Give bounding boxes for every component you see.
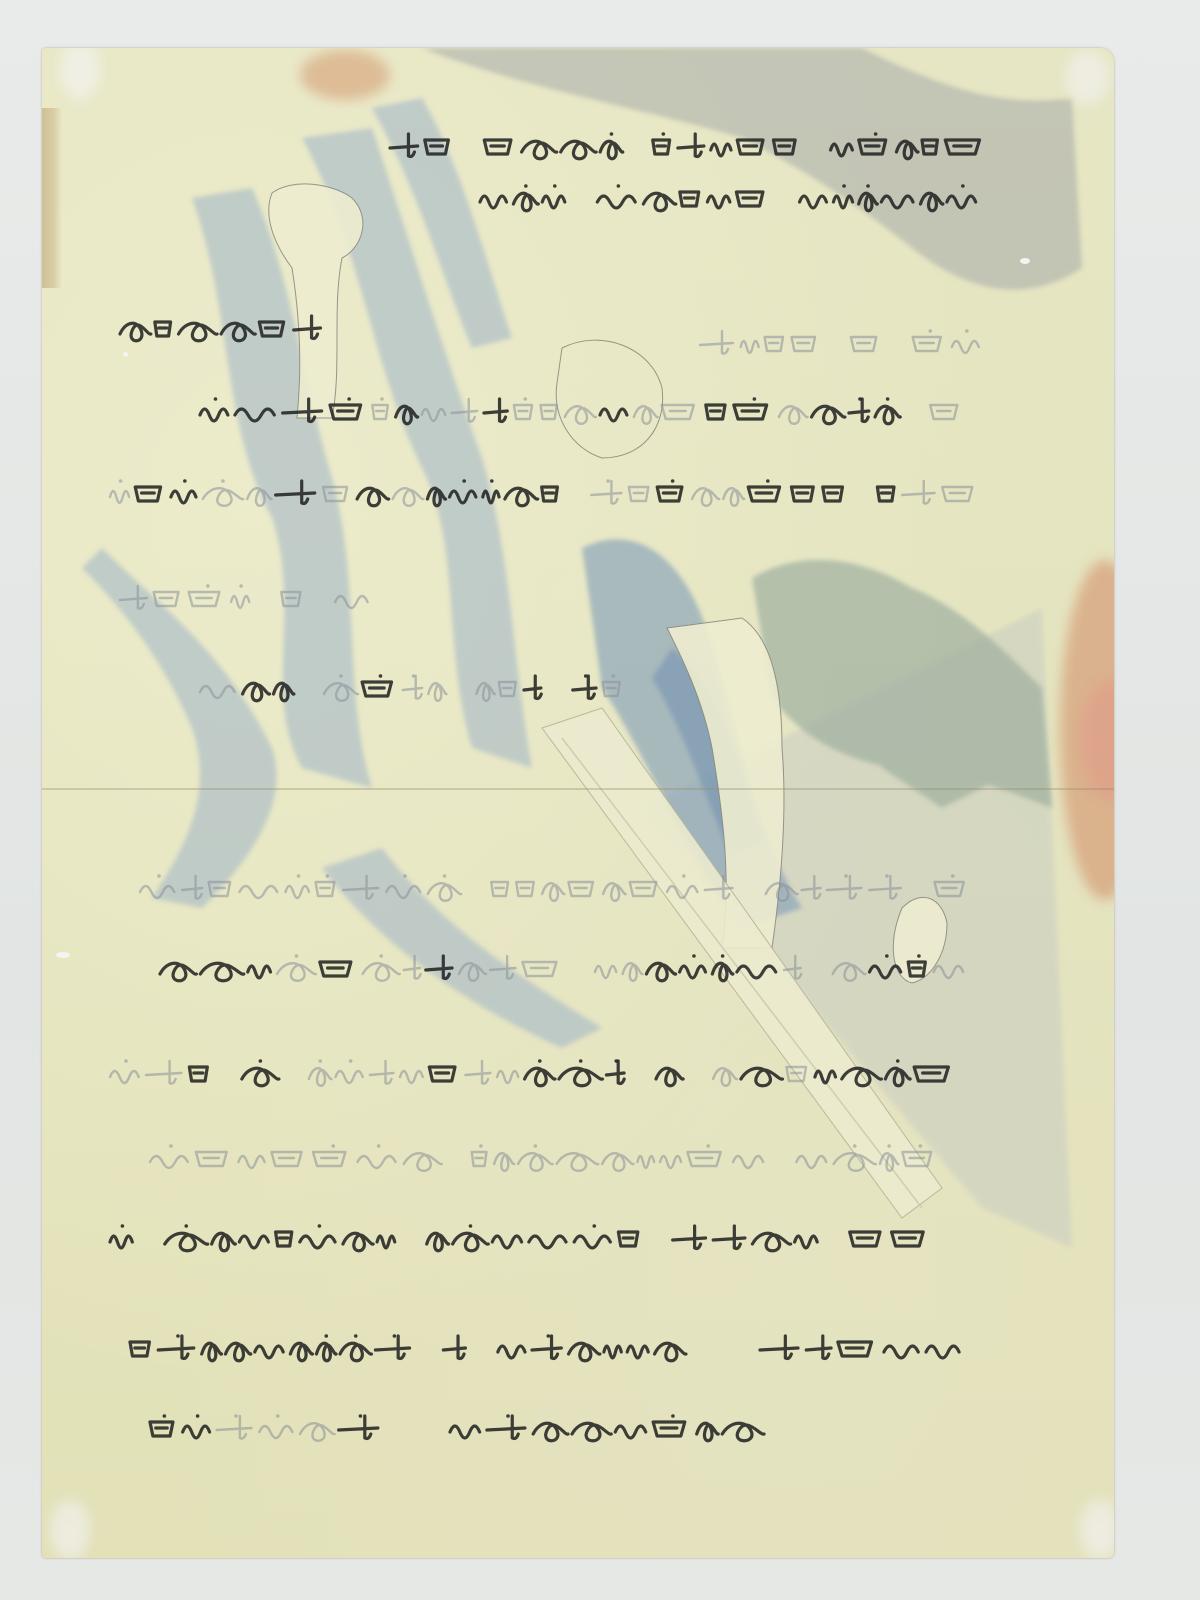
script-line <box>110 479 972 506</box>
print-sheet <box>42 48 1114 1558</box>
script-line <box>160 954 963 981</box>
script-line <box>200 397 957 424</box>
script-line <box>110 1224 923 1251</box>
script-line <box>480 184 976 211</box>
script-line <box>760 1336 959 1359</box>
script-line <box>150 1414 378 1441</box>
script-line <box>390 132 980 159</box>
script-line <box>130 1334 686 1361</box>
hole <box>1020 258 1030 264</box>
script-line <box>150 1144 931 1171</box>
hole <box>56 952 70 958</box>
brush-script <box>42 48 1114 1558</box>
script-line <box>450 1414 764 1441</box>
hole <box>123 352 128 357</box>
script-line <box>110 1059 948 1086</box>
script-line <box>120 316 320 341</box>
script-line <box>200 674 620 701</box>
script-line <box>700 329 979 353</box>
script-line <box>140 874 964 901</box>
script-line <box>120 584 368 608</box>
